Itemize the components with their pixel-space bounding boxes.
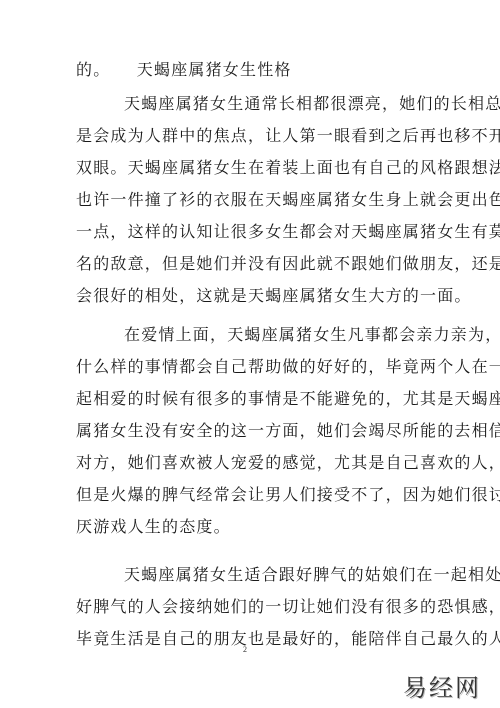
text-line: 起相爱的时候有很多的事情是不能避免的，尤其是天蝎座 xyxy=(76,389,416,409)
text-line: 属猪女生没有安全的这一方面，她们会竭尽所能的去相信 xyxy=(76,421,416,441)
text-line: 也许一件撞了衫的衣服在天蝎座属猪女生身上就会更出色 xyxy=(76,190,416,210)
text-line: 双眼。天蝎座属猪女生在着装上面也有自己的风格跟想法， xyxy=(76,158,416,178)
document-page: 的。 天蝎座属猪女生性格 天蝎座属猪女生通常长相都很漂亮，她们的长相总 是会成为… xyxy=(0,0,500,708)
text-line: 是会成为人群中的焦点，让人第一眼看到之后再也移不开 xyxy=(76,126,416,146)
text-line: 会很好的相处，这就是天蝎座属猪女生大方的一面。 xyxy=(76,286,416,306)
text-line: 厌游戏人生的态度。 xyxy=(76,517,416,537)
text-line: 对方，她们喜欢被人宠爱的感觉，尤其是自己喜欢的人， xyxy=(76,453,416,473)
text-line: 的。 天蝎座属猪女生性格 xyxy=(76,60,416,80)
text-line: 天蝎座属猪女生适合跟好脾气的姑娘们在一起相处， xyxy=(124,565,464,585)
text-line: 什么样的事情都会自己帮助做的好好的，毕竟两个人在一 xyxy=(76,357,416,377)
watermark-logo: 易经网 xyxy=(403,668,481,703)
text-line: 天蝎座属猪女生通常长相都很漂亮，她们的长相总 xyxy=(124,94,464,114)
text-line: 在爱情上面，天蝎座属猪女生凡事都会亲力亲为， xyxy=(124,325,464,345)
text-line: 名的敌意，但是她们并没有因此就不跟她们做朋友，还是 xyxy=(76,254,416,274)
text-line: 一点，这样的认知让很多女生都会对天蝎座属猪女生有莫 xyxy=(76,222,416,242)
text-line: 好脾气的人会接纳她们的一切让她们没有很多的恐惧感， xyxy=(76,597,416,617)
page-number: 2 xyxy=(243,645,247,654)
text-line: 但是火爆的脾气经常会让男人们接受不了，因为她们很讨 xyxy=(76,485,416,505)
